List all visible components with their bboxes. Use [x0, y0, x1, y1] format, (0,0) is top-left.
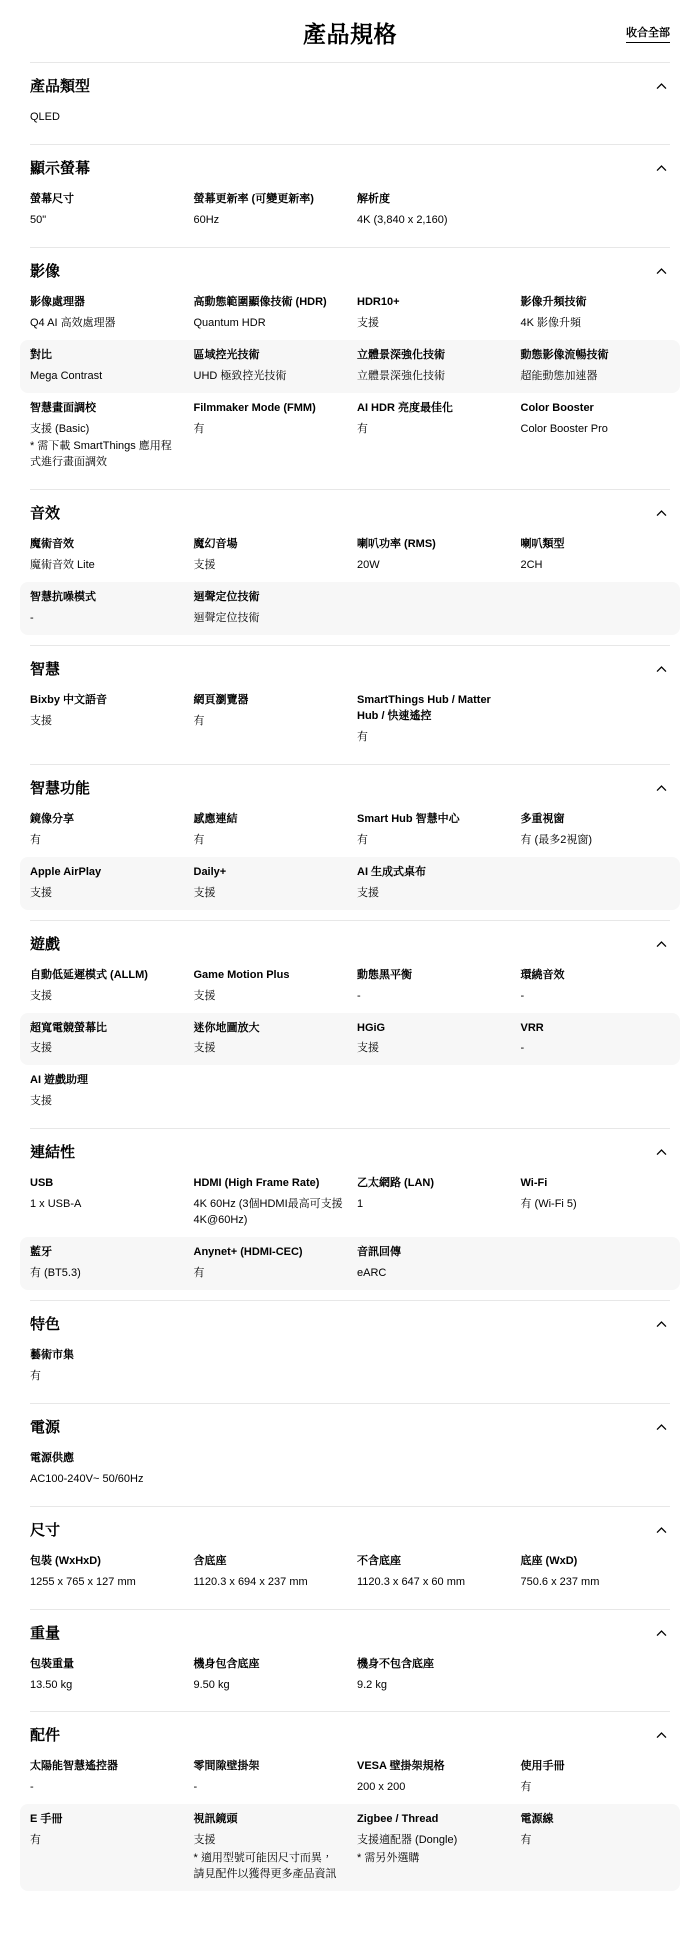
spec-cell: HDR10+支援: [357, 295, 507, 332]
spec-value: 支援: [30, 1041, 180, 1057]
spec-value: 迴聲定位技術: [194, 611, 344, 627]
spec-label: 影像升頻技術: [521, 295, 671, 311]
spec-value: 60Hz: [194, 213, 344, 229]
spec-label: 鏡像分享: [30, 812, 180, 828]
spec-cell: 影像處理器Q4 AI 高效處理器: [30, 295, 180, 332]
chevron-up-icon[interactable]: [653, 934, 670, 955]
spec-label: E 手冊: [30, 1812, 180, 1828]
spec-label: HDMI (High Frame Rate): [194, 1176, 344, 1192]
spec-cell: AI 遊戲助理支援: [30, 1073, 180, 1110]
spec-value: 有: [357, 730, 507, 746]
spec-label: 藝術市集: [30, 1348, 180, 1364]
spec-row: Bixby 中文語音支援網頁瀏覽器有SmartThings Hub / Matt…: [20, 685, 680, 754]
spec-value: 有: [194, 422, 344, 438]
spec-cell: 機身包含底座9.50 kg: [194, 1657, 344, 1694]
spec-label: 影像處理器: [30, 295, 180, 311]
spec-label: 底座 (WxD): [521, 1554, 671, 1570]
chevron-up-icon[interactable]: [653, 1623, 670, 1644]
spec-cell: 對比Mega Contrast: [30, 348, 180, 385]
spec-row: 魔術音效魔術音效 Lite魔幻音場支援喇叭功率 (RMS)20W喇叭類型2CH: [20, 529, 680, 582]
section-header[interactable]: 影像: [30, 248, 670, 287]
spec-value: AC100-240V~ 50/60Hz: [30, 1472, 180, 1488]
spec-cell: USB1 x USB-A: [30, 1176, 180, 1229]
spec-label: 超寬電競螢幕比: [30, 1021, 180, 1037]
spec-cell: Daily+支援: [194, 865, 344, 902]
spec-row: 太陽能智慧遙控器-零間隙壁掛架-VESA 壁掛架規格200 x 200使用手冊有: [20, 1751, 680, 1804]
section-header[interactable]: 電源: [30, 1404, 670, 1443]
chevron-up-icon[interactable]: [653, 1314, 670, 1335]
spec-section: 影像影像處理器Q4 AI 高效處理器高動態範圍顯像技術 (HDR)Quantum…: [30, 247, 670, 490]
spec-label: Anynet+ (HDMI-CEC): [194, 1245, 344, 1261]
spec-value: 支援: [30, 886, 180, 902]
spec-cell: VESA 壁掛架規格200 x 200: [357, 1759, 507, 1796]
spec-cell: 乙太網路 (LAN)1: [357, 1176, 507, 1229]
spec-label: 視訊鏡頭: [194, 1812, 344, 1828]
spec-value: 有 (最多2視窗): [521, 833, 671, 849]
spec-label: Bixby 中文語音: [30, 693, 180, 709]
spec-value: 1255 x 765 x 127 mm: [30, 1575, 180, 1591]
spec-label: 立體景深強化技術: [357, 348, 507, 364]
spec-section: 重量包裝重量13.50 kg機身包含底座9.50 kg機身不包含底座9.2 kg: [30, 1609, 670, 1712]
spec-cell: 智慧畫面調校支援 (Basic)* 需下載 SmartThings 應用程式進行…: [30, 401, 180, 472]
spec-section: 智慧Bixby 中文語音支援網頁瀏覽器有SmartThings Hub / Ma…: [30, 645, 670, 764]
spec-label: Color Booster: [521, 401, 671, 417]
spec-label: 動態黑平衡: [357, 968, 507, 984]
section-header[interactable]: 連結性: [30, 1129, 670, 1168]
spec-row: 影像處理器Q4 AI 高效處理器高動態範圍顯像技術 (HDR)Quantum H…: [20, 287, 680, 340]
spec-row: 智慧畫面調校支援 (Basic)* 需下載 SmartThings 應用程式進行…: [20, 393, 680, 480]
spec-value: -: [357, 989, 507, 1005]
spec-cell: 含底座1120.3 x 694 x 237 mm: [194, 1554, 344, 1591]
spec-label: AI 遊戲助理: [30, 1073, 180, 1089]
spec-value: 支援: [194, 558, 344, 574]
spec-value: 有: [194, 833, 344, 849]
spec-cell: Color BoosterColor Booster Pro: [521, 401, 671, 472]
spec-row: 電源供應AC100-240V~ 50/60Hz: [20, 1443, 680, 1496]
spec-value: 支援: [194, 989, 344, 1005]
section-header[interactable]: 重量: [30, 1610, 670, 1649]
spec-value: 1: [357, 1197, 507, 1213]
spec-cell: 包裝重量13.50 kg: [30, 1657, 180, 1694]
section-header[interactable]: 智慧: [30, 646, 670, 685]
spec-value: 支援: [194, 1833, 344, 1849]
spec-label: 解析度: [357, 192, 507, 208]
spec-cell: E 手冊有: [30, 1812, 180, 1883]
spec-row: 自動低延遲模式 (ALLM)支援Game Motion Plus支援動態黑平衡-…: [20, 960, 680, 1013]
chevron-up-icon[interactable]: [653, 778, 670, 799]
chevron-up-icon[interactable]: [653, 261, 670, 282]
spec-cell: Wi-Fi有 (Wi-Fi 5): [521, 1176, 671, 1229]
chevron-up-icon[interactable]: [653, 1417, 670, 1438]
spec-label: 動態影像流暢技術: [521, 348, 671, 364]
spec-section: 電源電源供應AC100-240V~ 50/60Hz: [30, 1403, 670, 1506]
spec-row: E 手冊有視訊鏡頭支援* 適用型號可能因尺寸而異，請見配件以獲得更多產品資訊Zi…: [20, 1804, 680, 1891]
spec-footnote: * 需另外選購: [357, 1851, 507, 1867]
spec-label: 包裝重量: [30, 1657, 180, 1673]
spec-cell: 零間隙壁掛架-: [194, 1759, 344, 1796]
spec-cell: 智慧抗噪模式-: [30, 590, 180, 627]
spec-cell: HGiG支援: [357, 1021, 507, 1058]
section-header[interactable]: 遊戲: [30, 921, 670, 960]
spec-section: 音效魔術音效魔術音效 Lite魔幻音場支援喇叭功率 (RMS)20W喇叭類型2C…: [30, 489, 670, 645]
spec-value: 有: [357, 833, 507, 849]
spec-section: 配件太陽能智慧遙控器-零間隙壁掛架-VESA 壁掛架規格200 x 200使用手…: [30, 1711, 670, 1901]
spec-cell: 網頁瀏覽器有: [194, 693, 344, 746]
spec-cell: 自動低延遲模式 (ALLM)支援: [30, 968, 180, 1005]
spec-label: Filmmaker Mode (FMM): [194, 401, 344, 417]
spec-row: 鏡像分享有感應連結有Smart Hub 智慧中心有多重視窗有 (最多2視窗): [20, 804, 680, 857]
spec-value: 有: [357, 422, 507, 438]
spec-label: 電源供應: [30, 1451, 180, 1467]
spec-section: 尺寸包裝 (WxHxD)1255 x 765 x 127 mm含底座1120.3…: [30, 1506, 670, 1609]
spec-label: HGiG: [357, 1021, 507, 1037]
spec-value: eARC: [357, 1266, 507, 1282]
spec-label: 包裝 (WxHxD): [30, 1554, 180, 1570]
spec-value: 支援: [30, 714, 180, 730]
spec-label: 迴聲定位技術: [194, 590, 344, 606]
spec-value: 支援: [357, 316, 507, 332]
spec-value: 4K (3,840 x 2,160): [357, 213, 507, 229]
spec-value: 有: [30, 1833, 180, 1849]
spec-value: -: [521, 989, 671, 1005]
chevron-up-icon[interactable]: [653, 659, 670, 680]
spec-value: 2CH: [521, 558, 671, 574]
spec-value: 支援: [194, 886, 344, 902]
spec-value: 支援: [30, 1094, 180, 1110]
spec-cell: 機身不包含底座9.2 kg: [357, 1657, 507, 1694]
section-title: 電源: [30, 1417, 60, 1438]
spec-cell: 包裝 (WxHxD)1255 x 765 x 127 mm: [30, 1554, 180, 1591]
spec-cell: SmartThings Hub / Matter Hub / 快速遙控有: [357, 693, 507, 746]
spec-value: 4K 影像升頻: [521, 316, 671, 332]
spec-cell: 不含底座1120.3 x 647 x 60 mm: [357, 1554, 507, 1591]
spec-cell: 魔術音效魔術音效 Lite: [30, 537, 180, 574]
spec-value: 支援 (Basic): [30, 422, 180, 438]
section-title: 尺寸: [30, 1520, 60, 1541]
spec-label: 網頁瀏覽器: [194, 693, 344, 709]
spec-label: AI 生成式桌布: [357, 865, 507, 881]
spec-label: 迷你地圖放大: [194, 1021, 344, 1037]
spec-label: 含底座: [194, 1554, 344, 1570]
spec-label: 對比: [30, 348, 180, 364]
spec-value: 9.2 kg: [357, 1678, 507, 1694]
spec-cell: 鏡像分享有: [30, 812, 180, 849]
section-title: 產品類型: [30, 76, 90, 97]
spec-label: AI HDR 亮度最佳化: [357, 401, 507, 417]
spec-section: 智慧功能鏡像分享有感應連結有Smart Hub 智慧中心有多重視窗有 (最多2視…: [30, 764, 670, 920]
spec-label: Smart Hub 智慧中心: [357, 812, 507, 828]
spec-label: 自動低延遲模式 (ALLM): [30, 968, 180, 984]
section-header[interactable]: 特色: [30, 1301, 670, 1340]
spec-cell: AI 生成式桌布支援: [357, 865, 507, 902]
spec-page: 產品規格 收合全部 產品類型QLED顯示螢幕螢幕尺寸50"螢幕更新率 (可變更新…: [0, 0, 700, 1941]
spec-value: 有: [194, 714, 344, 730]
spec-cell: 超寬電競螢幕比支援: [30, 1021, 180, 1058]
spec-section: 顯示螢幕螢幕尺寸50"螢幕更新率 (可變更新率)60Hz解析度4K (3,840…: [30, 144, 670, 247]
spec-sections: 產品類型QLED顯示螢幕螢幕尺寸50"螢幕更新率 (可變更新率)60Hz解析度4…: [30, 62, 670, 1901]
spec-row: 超寬電競螢幕比支援迷你地圖放大支援HGiG支援VRR-: [20, 1013, 680, 1066]
spec-label: 魔術音效: [30, 537, 180, 553]
spec-cell: Anynet+ (HDMI-CEC)有: [194, 1245, 344, 1282]
spec-row: USB1 x USB-AHDMI (High Frame Rate)4K 60H…: [20, 1168, 680, 1237]
spec-value: -: [194, 1780, 344, 1796]
section-header[interactable]: 產品類型: [30, 63, 670, 102]
spec-label: HDR10+: [357, 295, 507, 311]
spec-section: 遊戲自動低延遲模式 (ALLM)支援Game Motion Plus支援動態黑平…: [30, 920, 670, 1129]
spec-label: 螢幕更新率 (可變更新率): [194, 192, 344, 208]
spec-cell: 電源供應AC100-240V~ 50/60Hz: [30, 1451, 180, 1488]
spec-cell: 螢幕尺寸50": [30, 192, 180, 229]
section-header[interactable]: 智慧功能: [30, 765, 670, 804]
spec-label: 使用手冊: [521, 1759, 671, 1775]
spec-cell: 迴聲定位技術迴聲定位技術: [194, 590, 344, 627]
spec-label: 螢幕尺寸: [30, 192, 180, 208]
spec-label: Wi-Fi: [521, 1176, 671, 1192]
spec-label: 喇叭功率 (RMS): [357, 537, 507, 553]
spec-cell: Filmmaker Mode (FMM)有: [194, 401, 344, 472]
spec-row: 包裝 (WxHxD)1255 x 765 x 127 mm含底座1120.3 x…: [20, 1546, 680, 1599]
spec-cell: 魔幻音場支援: [194, 537, 344, 574]
section-title: 遊戲: [30, 934, 60, 955]
spec-label: 零間隙壁掛架: [194, 1759, 344, 1775]
spec-label: SmartThings Hub / Matter Hub / 快速遙控: [357, 693, 507, 725]
chevron-up-icon[interactable]: [653, 1520, 670, 1541]
spec-row: 智慧抗噪模式-迴聲定位技術迴聲定位技術: [20, 582, 680, 635]
section-title: 智慧功能: [30, 778, 90, 799]
spec-cell: HDMI (High Frame Rate)4K 60Hz (3個HDMI最高可…: [194, 1176, 344, 1229]
spec-cell: AI HDR 亮度最佳化有: [357, 401, 507, 472]
spec-footnote: * 適用型號可能因尺寸而異，請見配件以獲得更多產品資訊: [194, 1851, 344, 1883]
spec-value: -: [521, 1041, 671, 1057]
spec-label: 區域控光技術: [194, 348, 344, 364]
spec-label: 機身包含底座: [194, 1657, 344, 1673]
spec-label: 喇叭類型: [521, 537, 671, 553]
spec-value: 13.50 kg: [30, 1678, 180, 1694]
spec-cell: 視訊鏡頭支援* 適用型號可能因尺寸而異，請見配件以獲得更多產品資訊: [194, 1812, 344, 1883]
spec-cell: 解析度4K (3,840 x 2,160): [357, 192, 507, 229]
spec-row: 藝術市集有: [20, 1340, 680, 1393]
spec-row: 包裝重量13.50 kg機身包含底座9.50 kg機身不包含底座9.2 kg: [20, 1649, 680, 1702]
section-header[interactable]: 尺寸: [30, 1507, 670, 1546]
spec-value: 有: [30, 833, 180, 849]
spec-cell: 喇叭功率 (RMS)20W: [357, 537, 507, 574]
spec-footnote: * 需下載 SmartThings 應用程式進行畫面調效: [30, 439, 180, 471]
spec-label: 機身不包含底座: [357, 1657, 507, 1673]
spec-row: 對比Mega Contrast區域控光技術UHD 極致控光技術立體景深強化技術立…: [20, 340, 680, 393]
section-header[interactable]: 配件: [30, 1712, 670, 1751]
spec-value: 有: [30, 1369, 180, 1385]
chevron-up-icon[interactable]: [653, 158, 670, 179]
spec-cell: 喇叭類型2CH: [521, 537, 671, 574]
spec-label: 不含底座: [357, 1554, 507, 1570]
spec-value: 1120.3 x 647 x 60 mm: [357, 1575, 507, 1591]
spec-label: Apple AirPlay: [30, 865, 180, 881]
section-title: 影像: [30, 261, 60, 282]
spec-value: 200 x 200: [357, 1780, 507, 1796]
section-title: 智慧: [30, 659, 60, 680]
spec-label: VESA 壁掛架規格: [357, 1759, 507, 1775]
spec-cell: Game Motion Plus支援: [194, 968, 344, 1005]
spec-cell: 動態影像流暢技術超能動態加速器: [521, 348, 671, 385]
spec-label: 乙太網路 (LAN): [357, 1176, 507, 1192]
spec-label: 太陽能智慧遙控器: [30, 1759, 180, 1775]
spec-cell: 環繞音效-: [521, 968, 671, 1005]
spec-value: 4K 60Hz (3個HDMI最高可支援 4K@60Hz): [194, 1197, 344, 1229]
spec-value: 50": [30, 213, 180, 229]
spec-cell: 電源線有: [521, 1812, 671, 1883]
spec-label: Daily+: [194, 865, 344, 881]
section-header[interactable]: 顯示螢幕: [30, 145, 670, 184]
spec-section: 連結性USB1 x USB-AHDMI (High Frame Rate)4K …: [30, 1128, 670, 1300]
spec-cell: 多重視窗有 (最多2視窗): [521, 812, 671, 849]
section-title: 配件: [30, 1725, 60, 1746]
spec-value: 支援: [357, 1041, 507, 1057]
spec-value: 有: [521, 1833, 671, 1849]
spec-value: UHD 極致控光技術: [194, 369, 344, 385]
spec-cell: 區域控光技術UHD 極致控光技術: [194, 348, 344, 385]
spec-value: 有: [194, 1266, 344, 1282]
section-title: 音效: [30, 503, 60, 524]
spec-label: VRR: [521, 1021, 671, 1037]
spec-cell: QLED: [30, 110, 180, 126]
spec-cell: 感應連結有: [194, 812, 344, 849]
spec-label: USB: [30, 1176, 180, 1192]
spec-label: 智慧抗噪模式: [30, 590, 180, 606]
spec-label: 藍牙: [30, 1245, 180, 1261]
spec-value: 有 (Wi-Fi 5): [521, 1197, 671, 1213]
spec-cell: 音訊回傳eARC: [357, 1245, 507, 1282]
spec-cell: 使用手冊有: [521, 1759, 671, 1796]
section-header[interactable]: 音效: [30, 490, 670, 529]
page-header: 產品規格 收合全部: [30, 0, 670, 62]
spec-value: QLED: [30, 110, 180, 126]
section-title: 顯示螢幕: [30, 158, 90, 179]
page-title: 產品規格: [30, 16, 670, 49]
spec-label: 音訊回傳: [357, 1245, 507, 1261]
spec-cell: 藍牙有 (BT5.3): [30, 1245, 180, 1282]
chevron-up-icon[interactable]: [653, 1142, 670, 1163]
spec-cell: 底座 (WxD)750.6 x 237 mm: [521, 1554, 671, 1591]
spec-section: 特色藝術市集有: [30, 1300, 670, 1403]
spec-cell: 動態黑平衡-: [357, 968, 507, 1005]
section-title: 連結性: [30, 1142, 75, 1163]
spec-value: 有 (BT5.3): [30, 1266, 180, 1282]
spec-value: 支援: [194, 1041, 344, 1057]
spec-label: 高動態範圍顯像技術 (HDR): [194, 295, 344, 311]
spec-cell: Smart Hub 智慧中心有: [357, 812, 507, 849]
spec-cell: 影像升頻技術4K 影像升頻: [521, 295, 671, 332]
spec-value: 有: [521, 1780, 671, 1796]
spec-value: 1120.3 x 694 x 237 mm: [194, 1575, 344, 1591]
spec-value: 1 x USB-A: [30, 1197, 180, 1213]
spec-value: 20W: [357, 558, 507, 574]
spec-value: Color Booster Pro: [521, 422, 671, 438]
spec-value: 支援適配器 (Dongle): [357, 1833, 507, 1849]
spec-value: 超能動態加速器: [521, 369, 671, 385]
spec-cell: 迷你地圖放大支援: [194, 1021, 344, 1058]
spec-section: 產品類型QLED: [30, 62, 670, 144]
spec-row: QLED: [20, 102, 680, 134]
spec-value: Mega Contrast: [30, 369, 180, 385]
spec-value: 立體景深強化技術: [357, 369, 507, 385]
chevron-up-icon[interactable]: [653, 503, 670, 524]
spec-label: 電源線: [521, 1812, 671, 1828]
spec-label: Game Motion Plus: [194, 968, 344, 984]
chevron-up-icon[interactable]: [653, 76, 670, 97]
spec-value: -: [30, 1780, 180, 1796]
spec-label: 魔幻音場: [194, 537, 344, 553]
spec-cell: 太陽能智慧遙控器-: [30, 1759, 180, 1796]
spec-value: 魔術音效 Lite: [30, 558, 180, 574]
spec-label: Zigbee / Thread: [357, 1812, 507, 1828]
spec-label: 智慧畫面調校: [30, 401, 180, 417]
collapse-all-link[interactable]: 收合全部: [626, 24, 670, 43]
spec-label: 多重視窗: [521, 812, 671, 828]
chevron-up-icon[interactable]: [653, 1725, 670, 1746]
spec-cell: Bixby 中文語音支援: [30, 693, 180, 746]
spec-cell: 螢幕更新率 (可變更新率)60Hz: [194, 192, 344, 229]
spec-row: AI 遊戲助理支援: [20, 1065, 680, 1118]
spec-cell: VRR-: [521, 1021, 671, 1058]
spec-cell: Zigbee / Thread支援適配器 (Dongle)* 需另外選購: [357, 1812, 507, 1883]
spec-value: 支援: [357, 886, 507, 902]
spec-value: Quantum HDR: [194, 316, 344, 332]
spec-value: 支援: [30, 989, 180, 1005]
section-title: 重量: [30, 1623, 60, 1644]
spec-row: 螢幕尺寸50"螢幕更新率 (可變更新率)60Hz解析度4K (3,840 x 2…: [20, 184, 680, 237]
spec-value: Q4 AI 高效處理器: [30, 316, 180, 332]
spec-label: 感應連結: [194, 812, 344, 828]
spec-row: 藍牙有 (BT5.3)Anynet+ (HDMI-CEC)有音訊回傳eARC: [20, 1237, 680, 1290]
spec-cell: 立體景深強化技術立體景深強化技術: [357, 348, 507, 385]
spec-value: -: [30, 611, 180, 627]
spec-label: 環繞音效: [521, 968, 671, 984]
spec-row: Apple AirPlay支援Daily+支援AI 生成式桌布支援: [20, 857, 680, 910]
spec-cell: 藝術市集有: [30, 1348, 180, 1385]
spec-value: 750.6 x 237 mm: [521, 1575, 671, 1591]
spec-cell: 高動態範圍顯像技術 (HDR)Quantum HDR: [194, 295, 344, 332]
spec-value: 9.50 kg: [194, 1678, 344, 1694]
section-title: 特色: [30, 1314, 60, 1335]
spec-cell: Apple AirPlay支援: [30, 865, 180, 902]
